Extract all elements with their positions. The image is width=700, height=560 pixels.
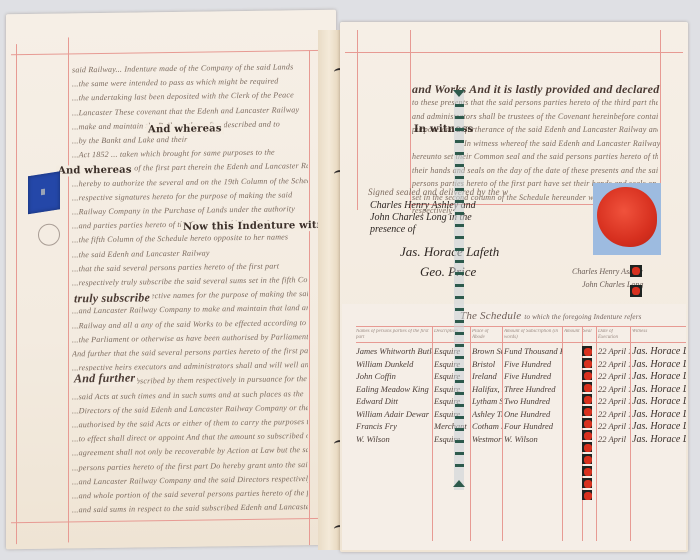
deed-line: ...Lancaster These covenant that the Ede… [72,105,308,117]
schedule-rule [356,342,686,343]
schedule-cell-amount-words: Five Hundred [504,371,562,381]
ribbon-stitch [455,260,464,263]
schedule-cell-witness: Jas. Horace Lafeth [632,409,686,420]
schedule-cell-amount-words: One Hundred [504,409,562,419]
ribbon-stitch [455,416,464,419]
ribbon-stitch [455,116,464,119]
ribbon-stitch [455,200,464,203]
schedule-wax-seal [582,370,592,380]
deed-line: said Railway... Indenture made of the Co… [72,62,308,74]
schedule-wax-seal [582,358,592,368]
deed-line: ...the said Edenh and Lancaster Railway [72,247,308,259]
schedule-cell-description: Esquire [434,409,470,419]
deed-line: ...and Lancaster Railway Company and the… [72,474,308,486]
schedule-column-header: Place of Abode [472,329,502,341]
schedule-cell-date: 22 April [598,434,630,444]
ribbon-stitch [455,164,464,167]
schedule-column-header: Amount of Subscription (in words) [504,329,562,341]
margin-rule [309,50,310,545]
ribbon-stitch [455,152,464,155]
schedule-column-header: Description [434,329,470,341]
ribbon-stitch [455,212,464,215]
schedule-column-header: Seal [583,329,596,341]
margin-rule [16,44,17,544]
deed-line: ...Directors of the said Edenh and Lanca… [72,403,308,415]
schedule-cell-name: Edward Ditt [356,396,432,406]
schedule-cell-abode: Halifax, Somerset [472,384,502,394]
witness-heading: In witness [414,124,473,135]
ribbon-stitch [455,344,464,347]
ribbon-stitch [455,104,464,107]
column-rule [630,326,631,541]
deed-line: ...that the said several persons parties… [72,261,308,273]
deed-heading: And whereas [146,123,224,135]
deed-line: And further that the said several person… [72,346,308,358]
deed-emphasis: And further [72,370,137,386]
schedule-cell-abode: Ashley Tiffenden [472,409,502,419]
schedule-cell-name: James Whitworth Butler [356,346,432,356]
page-fold [318,30,340,550]
schedule-cell-date: 22 April 1863 [598,371,630,381]
schedule-cell-abode: Bristol [472,359,502,369]
margin-rule [357,30,358,210]
schedule-wax-seal [582,382,592,392]
schedule-cell-abode: Westmorland [472,434,502,444]
schedule-cell-date: 22 April 1863 [598,421,630,431]
schedule-cell-witness: Jas. Horace Lafeth [632,346,686,357]
ribbon-stitch [455,452,464,455]
schedule-column-header: Amount [564,329,582,341]
deed-line: ...Railway Company in the Purchase of La… [72,204,308,216]
schedule-cell-witness: Jas. Horace Lafeth [632,359,686,370]
ribbon-stitch [455,440,464,443]
schedule-wax-seal [582,478,592,488]
ribbon-stitch [455,308,464,311]
left-page: said Railway... Indenture made of the Co… [6,10,336,550]
deed-line: to these presents that the said persons … [412,98,658,107]
ribbon-stitch [455,248,464,251]
ribbon-stitch [455,296,464,299]
schedule-column-header: Date of Execution [598,329,630,341]
schedule-title: The Schedule to which the foregoing Inde… [460,310,642,322]
deed-line: ...and said sums in respect to the said … [72,502,308,514]
schedule-cell-description: Esquire [434,384,470,394]
deed-line: ...the Parliament or otherwise as have b… [72,332,308,344]
margin-rule [68,37,69,542]
left-body-text: said Railway... Indenture made of the Co… [6,10,336,15]
schedule-wax-seal [582,490,592,500]
schedule-column-header: Witness [632,329,686,341]
ribbon-stitch [455,332,464,335]
witness-signature: Jas. Horace Lafeth [400,244,499,260]
deed-line: ...Railway and all a any of the said Wor… [72,318,308,330]
schedule-rule [356,326,686,327]
embossed-stamp [38,224,60,246]
schedule-cell-witness: Jas. Horace Lafeth [632,434,686,445]
deed-line: ...to effect shall direct or appoint And… [72,431,308,443]
column-rule [562,326,563,541]
column-rule [596,326,597,541]
deed-opening: and Works And it is lastly provided and … [412,82,662,97]
schedule-cell-witness: Jas. Horace Lafeth [632,421,686,432]
ribbon-stitch [455,404,464,407]
attestation-label: Signed sealed and delivered by the withi… [368,187,508,197]
witness-signature: Geo. Price [420,264,476,280]
deed-line: ...respectively truly subscribe the said… [72,275,308,287]
ribbon-stitch [455,428,464,431]
schedule-cell-description: Esquire [434,434,470,444]
schedule-cell-name: John Coffin [356,371,432,381]
ribbon-stitch [455,140,464,143]
schedule-cell-description: Esquire [434,371,470,381]
schedule-wax-seal [582,346,592,356]
deed-line: ...the fifth Column of the Schedule here… [72,232,308,244]
schedule-cell-abode: Ireland [472,371,502,381]
ribbon-stitch [455,356,464,359]
schedule-cell-abode: Lytham Somerset [472,396,502,406]
attestation-text: Charles Henry Ashley and John Charles Lo… [370,200,490,236]
ribbon-stitch [455,176,464,179]
schedule-cell-description: Merchant [434,421,470,431]
column-rule [502,326,503,541]
schedule-wax-seal [582,466,592,476]
small-seal [630,285,642,297]
schedule-wax-seal [582,406,592,416]
deed-line: hereunto set their Common seal and the s… [412,152,658,161]
schedule-wax-seal [582,430,592,440]
column-rule [470,326,471,541]
duty-stamp [28,171,60,214]
schedule-cell-name: William Dunkeld [356,359,432,369]
deed-line: their hands and seals on the day of the … [412,166,658,175]
small-seal [630,265,642,277]
schedule-cell-date: 22 April 1863 [598,409,630,419]
deed-line: ...authorised by the said Acts or either… [72,417,308,429]
schedule-sheet: The Schedule to which the foregoing Inde… [342,304,686,550]
schedule-wax-seal [582,394,592,404]
ribbon-end-icon [453,480,465,487]
ribbon-stitch [455,272,464,275]
schedule-cell-date: 22 April 1863 [598,346,630,356]
schedule-cell-amount-words: Fund Thousand Pounds [504,346,562,356]
deed-line: and administrators shall be trustees of … [412,112,658,121]
schedule-cell-witness: Jas. Horace Lafeth [632,384,686,395]
ribbon-stitch [455,236,464,239]
deed-line: ...persons parties hereto of the first p… [72,460,308,472]
column-rule [432,326,433,541]
schedule-column-header: Names of persons parties of the first pa… [356,329,432,341]
ribbon-stitch [455,224,464,227]
ribbon-stitch [455,368,464,371]
schedule-cell-name: Ealing Meadow King [356,384,432,394]
schedule-cell-amount-words: Five Hundred [504,359,562,369]
deed-line: ...hereby to authorize the several and o… [72,176,308,188]
schedule-cell-name: William Adair Dewar [356,409,432,419]
deed-line: ...the same were intended to pass as whi… [72,76,308,88]
deed-line: ...and whole portion of the said several… [72,488,308,500]
deed-line: In witness whereof the said Edenh and La… [464,139,660,148]
schedule-cell-amount-words: W. Wilson [504,434,562,444]
schedule-cell-amount-words: Three Hundred [504,384,562,394]
top-rule [345,52,683,53]
schedule-cell-amount-words: Four Hundred [504,421,562,431]
schedule-wax-seal [582,442,592,452]
deed-line: ...Act 1852 ... taken which brought for … [72,147,308,159]
ribbon-stitch [455,464,464,467]
ribbon-stitch [455,128,464,131]
top-rule [11,50,331,55]
deed-line: ...agreement shall not only be recoverab… [72,445,308,457]
schedule-cell-witness: Jas. Horace Lafeth [632,371,686,382]
ribbon-stitch [455,284,464,287]
schedule-cell-date: 22 April 1863 [598,359,630,369]
deed-line: ...said Acts at such times and in such s… [72,389,308,401]
schedule-cell-abode: Cotham Bristol [472,421,502,431]
deed-heading: And whereas [56,165,134,177]
schedule-cell-name: W. Wilson [356,434,432,444]
schedule-cell-description: Esquire [434,359,470,369]
ribbon-stitch [455,392,464,395]
schedule-cell-date: 22 April 1863 [598,396,630,406]
company-wax-seal [597,187,657,247]
deed-line: ...respective signatures hereto for the … [72,190,308,202]
ribbon-end-icon [453,90,465,97]
schedule-wax-seal [582,418,592,428]
schedule-cell-date: 22 April 1863 [598,384,630,394]
schedule-cell-description: Esquire [434,396,470,406]
ribbon-stitch [455,188,464,191]
schedule-cell-abode: Brown Street [472,346,502,356]
deed-emphasis: truly subscribe [72,290,152,306]
bottom-rule [11,518,331,523]
deed-line: ...the undertaking last been deposited w… [72,90,308,102]
margin-rule [410,30,411,210]
schedule-cell-amount-words: Two Hundred [504,396,562,406]
schedule-cell-description: Esquire [434,346,470,356]
schedule-cell-witness: Jas. Horace Lafeth [632,396,686,407]
deed-line: ...by the Bankt and Lake and their [72,133,308,145]
ribbon-stitch [455,380,464,383]
ribbon-stitch [455,320,464,323]
schedule-wax-seal [582,454,592,464]
schedule-cell-name: Francis Fry [356,421,432,431]
